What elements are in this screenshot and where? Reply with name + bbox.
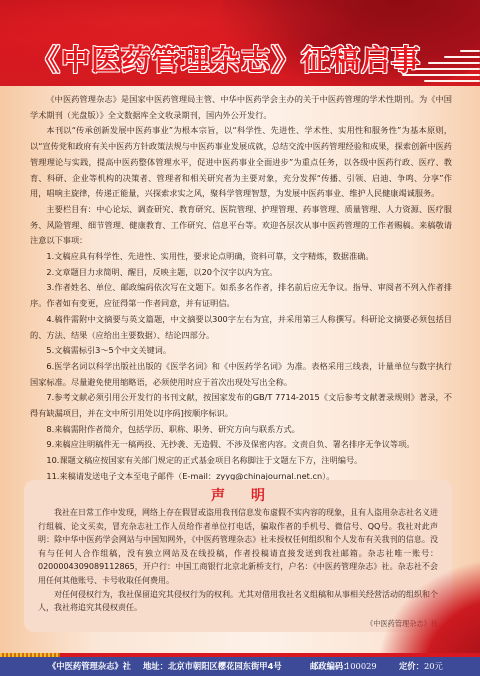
requirement-item: 4.稿件需附中文摘要与英文篇题，中文摘要以300字左右为宜，并采用第三人称撰写。… [30, 312, 452, 343]
statement-title: 声明 [38, 486, 438, 506]
requirement-item: 5.文稿需标引3～5个中文关键词。 [30, 343, 452, 359]
footer-postcode: 100029 [345, 657, 377, 676]
requirement-item: 3.作者姓名、单位、邮政编码依次写在文题下。如系多名作者，排名前后应无争议。指导… [30, 280, 452, 311]
header-banner: 《中医药管理杂志》征稿启事 [0, 0, 480, 86]
footer-publisher: 《中医药管理杂志》社 [48, 657, 131, 676]
statement-signature: 《中医药管理杂志》社 [38, 617, 438, 631]
footer-address-label: 地址： [143, 657, 168, 676]
requirement-item: 6.医学名词以科学出版社出版的《医学名词》和《中医药学名词》为准。表格采用三线表… [30, 359, 452, 390]
footer-price: 20元 [424, 657, 443, 676]
intro-paragraph: 本刊以“传承创新发展中医药事业”为根本宗旨，以“科学性、先进性、学术性、实用性和… [30, 123, 452, 202]
statement-paragraph: 对任何侵权行为，我社保留追究其侵权行为的权利。尤其对借用我社名义组稿和从事相关经… [38, 588, 438, 615]
footer-price-label: 定价： [399, 657, 424, 676]
page-title: 《中医药管理杂志》征稿启事 [0, 38, 480, 79]
requirement-item: 9.来稿应注明稿件无一稿两投、无抄袭、无造假、不涉及保密内容。文责自负、署名排序… [30, 437, 452, 453]
footer-address: 北京市朝阳区樱花园东街甲4号 [168, 657, 282, 676]
footer-bar: 《中医药管理杂志》社 地址： 北京市朝阳区樱花园东街甲4号 邮政编码： 1000… [0, 657, 480, 676]
statement-paragraph: 我社在日常工作中发现，网络上存在假冒或盗用我刊信息发布虚假不实内容的现象，且有人… [38, 506, 438, 588]
page-title-text: 《中医药管理杂志》征稿启事 [31, 38, 421, 79]
intro-paragraph: 《中医药管理杂志》是国家中医药管理局主管、中华中医药学会主办的关于中医药管理的学… [30, 92, 452, 123]
intro-paragraph: 主要栏目有：中心论坛、调查研究、教育研究、医院管理、护理管理、药事管理、质量管理… [30, 202, 452, 249]
requirement-item: 8.来稿需附作者简介，包括学历、职称、职务、研究方向与联系方式。 [30, 422, 452, 438]
call-for-papers-poster: 《中医药管理杂志》征稿启事 《中医药管理杂志》是国家中医药管理局主管、中华中医药… [0, 0, 480, 676]
requirement-item: 1.文稿应具有科学性、先进性、实用性，要求论点明确，资料可靠，文字精炼，数据准确… [30, 249, 452, 265]
requirement-item: 7.参考文献必须引用公开发行的书刊文献，按国家发布的GB/T 7714-2015… [30, 390, 452, 421]
requirement-item: 10.课题文稿应按国家有关部门规定的正式基金项目名称脚注于文题左下方，注明编号。 [30, 453, 452, 469]
requirement-item: 2.文章题目力求简明、醒目，反映主题，以20个汉字以内为宜。 [30, 265, 452, 281]
